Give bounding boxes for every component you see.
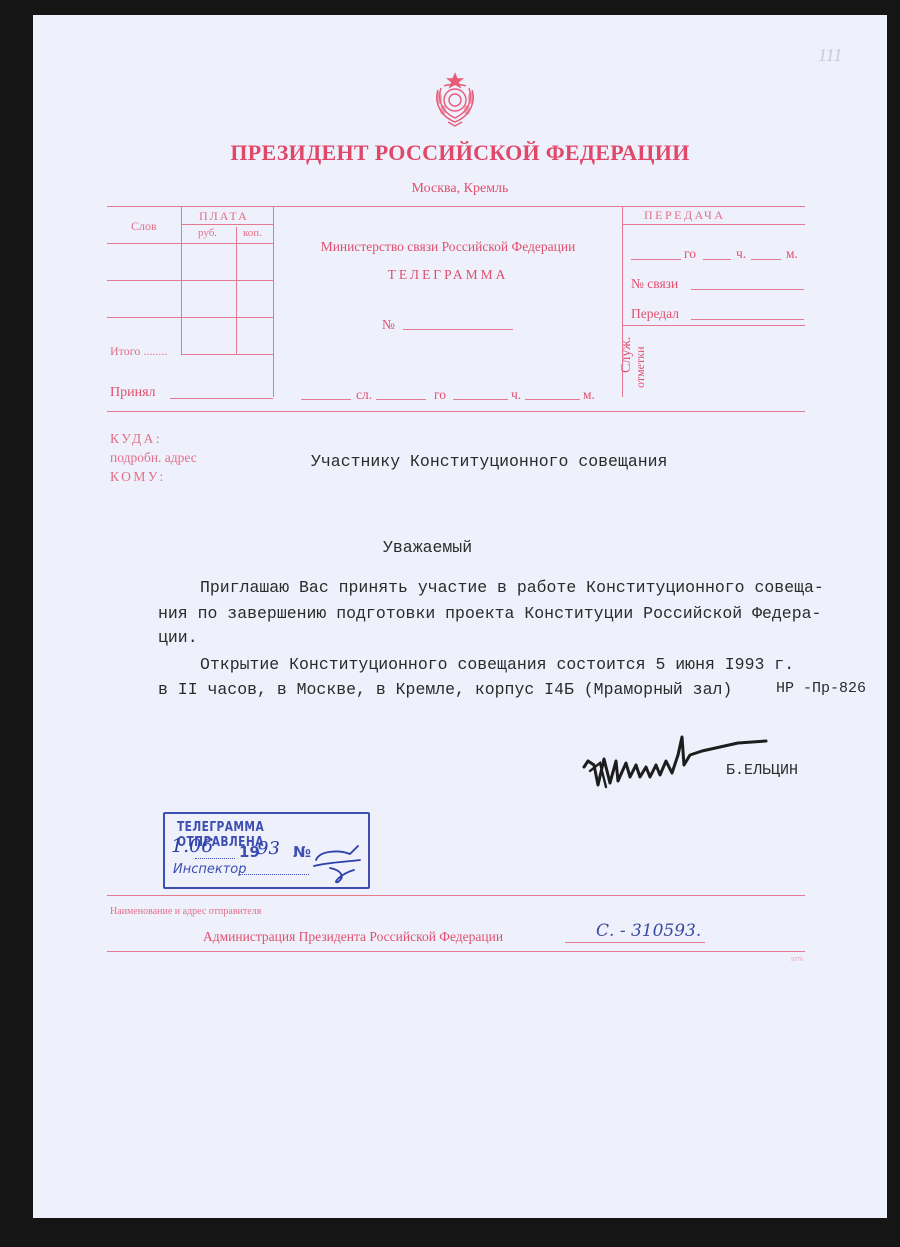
transmission-hours-abbr: ч. [736,246,746,262]
stamp-year-handwritten: 93 [257,838,280,859]
where-label: КУДА: [110,431,162,447]
form-code: 9376 [791,957,803,963]
payment-row-line-1 [107,280,273,281]
page-title: ПРЕЗИДЕНТ РОССИЙСКОЙ ФЕДЕРАЦИИ [33,140,887,166]
link-number-field[interactable] [691,289,804,290]
stamp-date-dots [195,858,235,859]
reference-code: НР -Пр-826 [776,680,866,697]
minutes-field[interactable] [525,399,580,400]
minutes-abbr: м. [583,387,595,403]
to-whom-label: КОМУ: [110,469,166,485]
date-field[interactable] [376,399,426,400]
signatory-name: Б.ЕЛЬЦИН [726,762,798,779]
transmission-date-field[interactable] [631,259,681,260]
payment-header-line [181,224,273,225]
stamp-date-handwritten: 1.06 [171,835,213,857]
transmission-minutes-field[interactable] [751,259,781,260]
transmission-header-line [622,224,805,225]
detailed-address-label: подробн. адрес [110,450,197,466]
location-text: Москва, Кремль [33,181,887,197]
stamp-inspector-label: Инспектор [173,862,247,877]
payment-subheader-line [107,243,273,244]
hours-field[interactable] [453,399,508,400]
telegram-document: 111 ПРЕЗИДЕНТ РОССИЙСКОЙ ФЕДЕРАЦИИ Москв… [33,15,887,1218]
sender-top-line [107,895,805,896]
signature-handwritten [578,725,778,795]
sender-label: Наименование и адрес отправителя [110,906,261,917]
stamp-initials-handwritten [310,840,366,886]
service-marks-top-line [622,325,805,326]
stamp-inspector-dots [239,874,309,875]
form-bottom-border [107,411,805,412]
transmission-minutes-abbr: м. [786,246,798,262]
payment-bottom-line [181,354,273,355]
body-line-3: ции. [158,628,198,647]
body-line-4: Открытие Конституционного совещания сост… [200,655,794,674]
body-line-2: ния по завершению подготовки проекта Кон… [158,604,821,623]
payment-row-line-2 [107,317,273,318]
words-abbr: сл. [356,387,372,403]
sender-name: Администрация Президента Российской Феде… [203,929,503,945]
ministry-label: Министерство связи Российской Федерации [273,239,623,255]
service-marks-label-2: отметки [633,346,648,388]
coat-of-arms-emblem-icon [430,70,480,128]
received-field[interactable] [170,398,273,399]
hours-abbr: ч. [511,387,521,403]
left-block-right-border [273,206,274,397]
recipient-text: Участнику Конституционного совещания [311,452,667,471]
salutation-text: Уважаемый [383,538,472,557]
sender-signature-field[interactable] [565,942,705,943]
transmission-hours-field[interactable] [703,259,731,260]
sent-stamp: ТЕЛЕГРАММА ОТПРАВЛЕНА 1.06 19 93 № Инспе… [163,812,370,889]
link-number-label: № связи [631,276,678,292]
kop-label: коп. [243,227,262,239]
transmission-date-abbr: го [684,246,696,262]
received-label: Принял [110,385,156,401]
date-abbr: го [434,387,446,403]
telegram-number-label: № [382,317,395,333]
telegram-type-label: ТЕЛЕГРАММА [273,267,623,283]
sender-bottom-line [107,951,805,952]
sent-by-field[interactable] [691,319,804,320]
stamp-number-label: № [293,843,311,861]
page-mark: 111 [818,45,842,66]
form-top-border [107,206,805,207]
transmission-label: ПЕРЕДАЧА [644,208,726,223]
body-line-1: Приглашаю Вас принять участие в работе К… [200,578,824,597]
payment-mid-border [236,227,237,354]
payment-label: ПЛАТА [199,209,249,224]
words-count-field[interactable] [301,399,351,400]
telegram-number-field[interactable] [403,329,513,330]
sender-handwritten-note: С. - 310593. [596,921,701,941]
total-label: Итого ........ [110,344,167,359]
body-line-5: в II часов, в Москве, в Кремле, корпус I… [158,680,732,699]
rub-label: руб. [198,227,217,239]
sent-by-label: Передал [631,306,679,322]
words-label: Слов [131,219,157,234]
